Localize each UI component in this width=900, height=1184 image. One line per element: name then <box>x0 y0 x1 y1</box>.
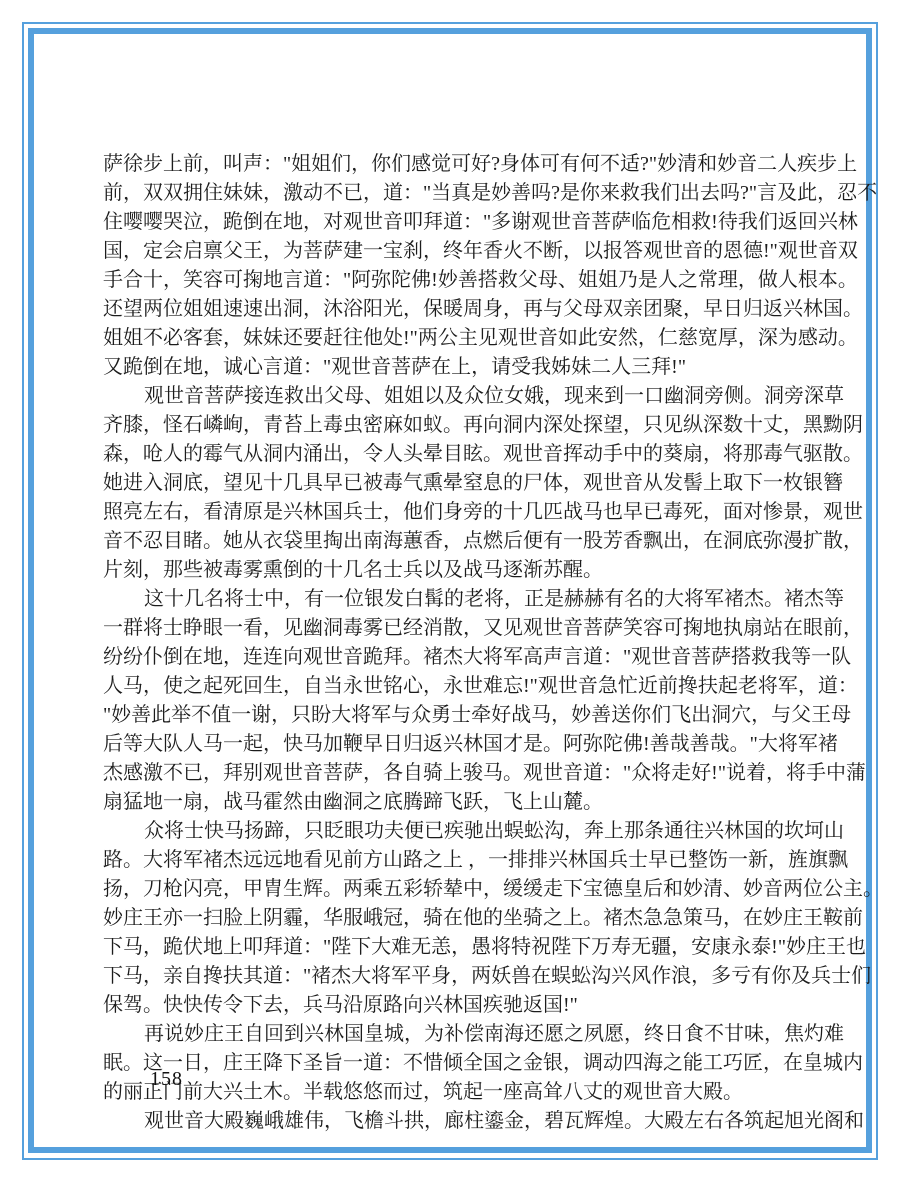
text-line: 萨徐步上前，叫声："姐姐们，你们感觉可好?身体可有何不适?"妙清和妙音二人疾步上 <box>103 150 795 179</box>
text-line: 这十几名将士中，有一位银发白髯的老将，正是赫赫有名的大将军褚杰。褚杰等 <box>103 585 795 614</box>
text-line: 齐膝，怪石嶙峋，青苔上毒虫密麻如蚁。再向洞内深处探望，只见纵深数十丈，黑黝阴 <box>103 411 795 440</box>
text-line: 前，双双拥住妹妹，激动不已，道："当真是妙善吗?是你来救我们出去吗?"言及此，忍… <box>103 179 795 208</box>
text-line: 姐姐不必客套，妹妹还要赶往他处!"两公主见观世音如此安然，仁慈宽厚，深为感动。 <box>103 324 795 353</box>
text-line: 住嘤嘤哭泣，跪倒在地，对观世音叩拜道："多谢观世音菩萨临危相救!待我们返回兴林 <box>103 208 795 237</box>
text-line: 观世音大殿巍峨雄伟，飞檐斗拱，廊柱鎏金，碧瓦辉煌。大殿左右各筑起旭光阁和 <box>103 1107 795 1136</box>
text-line: 眠。这一日，庄王降下圣旨一道：不惜倾全国之金银，调动四海之能工巧匠，在皇城内 <box>103 1049 795 1078</box>
body-text: 萨徐步上前，叫声："姐姐们，你们感觉可好?身体可有何不适?"妙清和妙音二人疾步上… <box>103 150 795 1136</box>
text-line: 她进入洞底，望见十几具早已被毒气熏晕窒息的尸体，观世音从发髻上取下一枚银簪 <box>103 469 795 498</box>
text-line: 再说妙庄王自回到兴林国皇城，为补偿南海还愿之夙愿，终日食不甘味，焦灼难 <box>103 1020 795 1049</box>
text-line: 纷纷仆倒在地，连连向观世音跪拜。褚杰大将军高声言道："观世音菩萨搭救我等一队 <box>103 643 795 672</box>
text-line: 后等大队人马一起，快马加鞭早日归返兴林国才是。阿弥陀佛!善哉善哉。"大将军褚 <box>103 730 795 759</box>
text-line: 观世音菩萨接连救出父母、姐姐以及众位女娥，现来到一口幽洞旁侧。洞旁深草 <box>103 382 795 411</box>
text-line: 一群将士睁眼一看，见幽洞毒雾已经消散，又见观世音菩萨笑容可掬地执扇站在眼前， <box>103 614 795 643</box>
text-line: 森，呛人的霉气从洞内涌出，令人头晕目眩。观世音挥动手中的葵扇，将那毒气驱散。 <box>103 440 795 469</box>
text-line: 下马，亲自搀扶其道："褚杰大将军平身，两妖兽在蜈蚣沟兴风作浪，多亏有你及兵士们 <box>103 962 795 991</box>
text-line: 众将士快马扬蹄，只眨眼功夫便已疾驰出蜈蚣沟，奔上那条通往兴林国的坎坷山 <box>103 817 795 846</box>
text-line: 杰感激不已，拜别观世音菩萨，各自骑上骏马。观世音道："众将走好!"说着，将手中蒲 <box>103 759 795 788</box>
paragraph: 再说妙庄王自回到兴林国皇城，为补偿南海还愿之夙愿，终日食不甘味，焦灼难眠。这一日… <box>103 1020 795 1107</box>
paragraph: 这十几名将士中，有一位银发白髯的老将，正是赫赫有名的大将军褚杰。褚杰等一群将士睁… <box>103 585 795 817</box>
text-line: 片刻，那些被毒雾熏倒的十几名士兵以及战马逐渐苏醒。 <box>103 556 795 585</box>
text-line: 保驾。快快传令下去，兵马沿原路向兴林国疾驰返国!" <box>103 991 795 1020</box>
text-line: 扇猛地一扇，战马霍然由幽洞之底腾蹄飞跃，飞上山麓。 <box>103 788 795 817</box>
text-line: 妙庄王亦一扫脸上阴霾，华服峨冠，骑在他的坐骑之上。褚杰急急策马，在妙庄王鞍前 <box>103 904 795 933</box>
text-line: 手合十，笑容可掬地言道："阿弥陀佛!妙善搭救父母、姐姐乃是人之常理，做人根本。 <box>103 266 795 295</box>
text-line: 路。大将军褚杰远远地看见前方山路之上 ，一排排兴林国兵士早已整饬一新，旌旗飘 <box>103 846 795 875</box>
text-line: "妙善此举不值一谢，只盼大将军与众勇士牵好战马，妙善送你们飞出洞穴，与父王母 <box>103 701 795 730</box>
page-number: 158 <box>150 1068 183 1091</box>
text-line: 人马，使之起死回生，自当永世铭心，永世难忘!"观世音急忙近前搀扶起老将军，道： <box>103 672 795 701</box>
text-line: 的丽正门前大兴土木。半载悠悠而过，筑起一座高耸八丈的观世音大殿。 <box>103 1078 795 1107</box>
text-line: 下马，跪伏地上叩拜道："陛下大难无恙，愚将特祝陛下万寿无疆，安康永泰!"妙庄王也 <box>103 933 795 962</box>
text-line: 照亮左右，看清原是兴林国兵士，他们身旁的十几匹战马也早已毒死，面对惨景，观世 <box>103 498 795 527</box>
text-line: 国，定会启禀父王，为菩萨建一宝刹，终年香火不断，以报答观世音的恩德!"观世音双 <box>103 237 795 266</box>
paragraph: 观世音菩萨接连救出父母、姐姐以及众位女娥，现来到一口幽洞旁侧。洞旁深草齐膝，怪石… <box>103 382 795 585</box>
text-line: 扬，刀枪闪亮，甲胄生辉。两乘五彩轿辇中，缓缓走下宝德皇后和妙清、妙音两位公主。 <box>103 875 795 904</box>
paragraph: 观世音大殿巍峨雄伟，飞檐斗拱，廊柱鎏金，碧瓦辉煌。大殿左右各筑起旭光阁和 <box>103 1107 795 1136</box>
paragraph: 众将士快马扬蹄，只眨眼功夫便已疾驰出蜈蚣沟，奔上那条通往兴林国的坎坷山路。大将军… <box>103 817 795 1020</box>
text-line: 音不忍目睹。她从衣袋里掏出南海蕙香，点燃后便有一股芳香飘出，在洞底弥漫扩散， <box>103 527 795 556</box>
text-line: 还望两位姐姐速速出洞，沐浴阳光，保暖周身，再与父母双亲团聚，早日归返兴林国。 <box>103 295 795 324</box>
text-line: 又跪倒在地，诚心言道："观世音菩萨在上，请受我姊妹二人三拜!" <box>103 353 795 382</box>
paragraph: 萨徐步上前，叫声："姐姐们，你们感觉可好?身体可有何不适?"妙清和妙音二人疾步上… <box>103 150 795 382</box>
